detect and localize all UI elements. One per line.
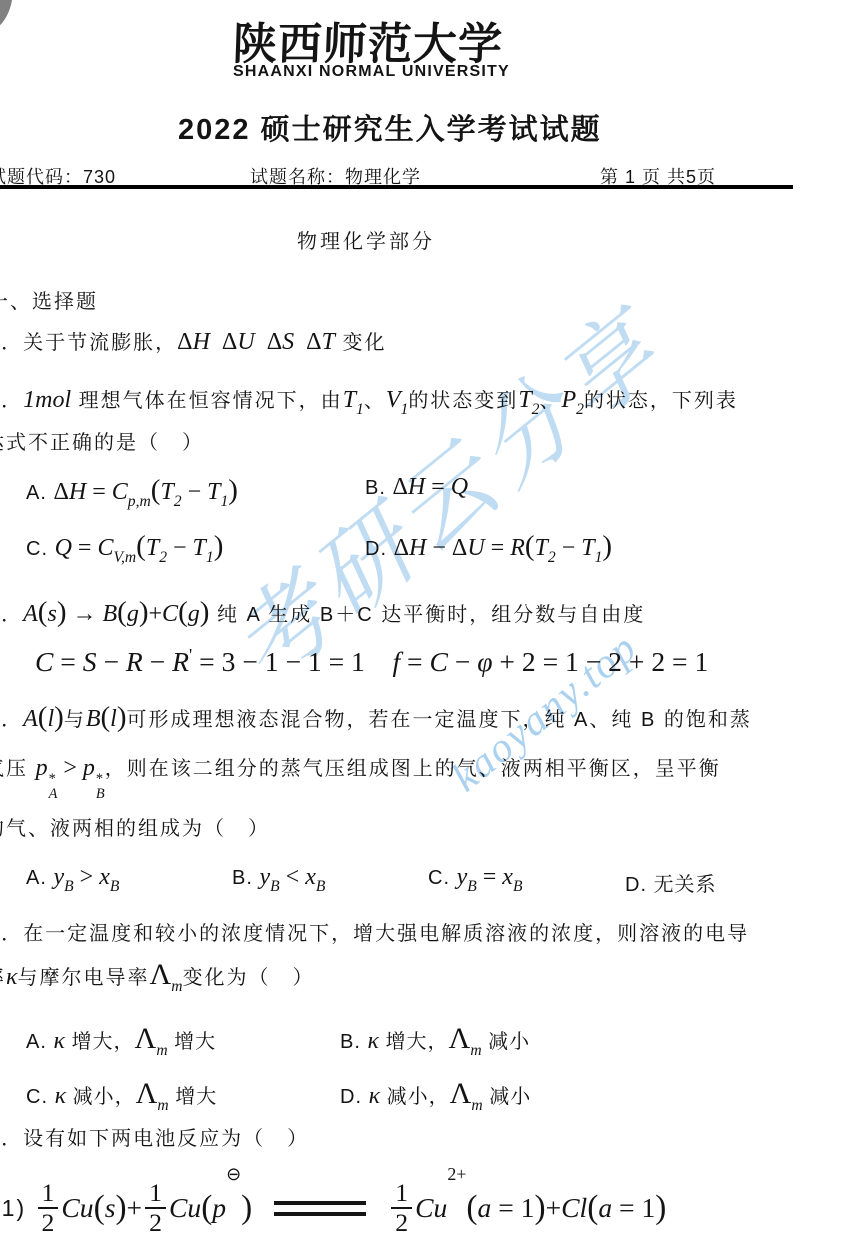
option-q2-d: D. ΔH − ΔU = R(T2 − T1) [365,530,612,567]
header-rule [0,185,793,189]
option-q5-b: B. κ 增大，Λm 减小 [340,1022,530,1060]
question-3-formula: C = S − R − R' = 3 − 1 − 1 = 1 f = C − φ… [35,645,708,678]
question-6-formula: (1) 12Cu(s)+12Cu(p⊖)12Cu2+(a = 1)+Cl(a =… [0,1162,666,1254]
option-q4-d: D. 无关系 [625,868,717,897]
question-2-line-2: 达式不正确的是（ ） [0,426,204,455]
question-3: 3．A(s) → B(g)+C(g) 纯 A 生成 B＋C 达平衡时，组分数与自… [0,596,645,629]
option-q5-d: D. κ 减小，Λm 减小 [340,1077,531,1115]
option-q2-a: A. ΔH = Cp,m(T2 − T1) [26,474,238,511]
option-q4-a: A. yB > xB [26,864,119,896]
option-q4-c: C. yB = xB [428,864,522,896]
part-heading: 一、选择题 [0,285,98,314]
option-q2-c: C. Q = CV,m(T2 − T1) [26,530,223,567]
corner-artifact [0,0,13,33]
question-4-line-2: 气压 p*A > p*B，则在该二组分的蒸气压组成图上的气、液两相平衡区，呈平衡 [0,752,721,802]
question-4-line-3: 的气、液两相的组成为（ ） [0,812,270,841]
option-q5-c: C. κ 减小，Λm 增大 [26,1077,217,1115]
option-q5-a: A. κ 增大，Λm 增大 [26,1022,216,1060]
university-logo-english: SHAANXI NORMAL UNIVERSITY [233,63,510,81]
question-5-line-2: 率κ与摩尔电导率Λm变化为（ ） [0,958,315,996]
question-1: 1．关于节流膨胀，ΔH ΔU ΔS ΔT 变化 [0,326,386,356]
exam-paper-page: 考研云分享 kaoyany.top 陕西师范大学 SHAANXI NORMAL … [0,0,854,1259]
option-q2-b: B. ΔH = Q [365,474,468,501]
question-5-line-1: 5．在一定温度和较小的浓度情况下，增大强电解质溶液的浓度，则溶液的电导 [0,917,749,946]
section-title: 物理化学部分 [297,225,435,254]
question-2-line-1: 2．1mol 理想气体在恒容情况下，由T1、V1的状态变到T2、P2的状态，下列… [0,384,738,419]
option-q4-b: B. yB < xB [232,864,325,896]
question-4-line-1: 4．A(l)与B(l)可形成理想液态混合物，若在一定温度下，纯 A、纯 B 的饱… [0,701,752,734]
question-6: 6．设有如下两电池反应为（ ） [0,1122,309,1151]
exam-title: 2022 硕士研究生入学考试试题 [178,107,602,148]
